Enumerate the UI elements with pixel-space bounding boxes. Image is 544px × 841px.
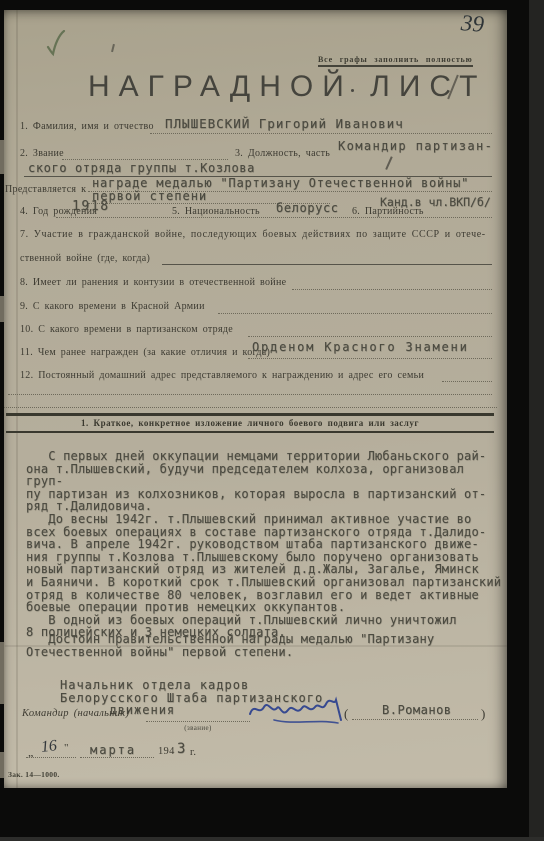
checkmark-icon (46, 30, 66, 58)
date-month: марта (90, 743, 136, 757)
field-partisan-label: 10. С какого времени в партизанском отря… (20, 324, 233, 335)
field-prevawards-value: Орденом Красного Знамени (252, 340, 469, 354)
print-reference: Зак. 14—1000. (8, 770, 60, 779)
section-rule (6, 431, 494, 433)
field-rank-label: 2. Звание (20, 148, 64, 159)
form-line (292, 289, 492, 290)
form-line (442, 381, 492, 382)
scan-dot-artifact (351, 89, 354, 92)
field-presented-value1: награде медалью "Партизану Отечественной… (92, 176, 469, 190)
form-line (218, 313, 492, 314)
field-civilwar-label2: ственной войне (где, когда) (20, 253, 150, 264)
signature-ink (246, 692, 348, 726)
handwritten-page-number: 39 (460, 10, 485, 38)
form-line (62, 159, 228, 160)
field-prevawards-label: 11. Чем ранее награжден (за какие отличи… (20, 347, 270, 358)
field-redarmy-label: 9. С какого времени в Красной Армии (20, 301, 205, 312)
form-instruction: Все графы заполнить полностью (318, 55, 473, 67)
field-presented-label: Представляется к (5, 184, 86, 195)
field-name-label: 1. Фамилия, имя и отчество (20, 121, 154, 132)
binding-mark (0, 296, 4, 322)
field-name-value: ПЛЫШЕВСКИЙ Григорий Иванович (165, 116, 404, 131)
field-party-value: Канд.в чл.ВКП/б/ (380, 195, 491, 209)
form-line (8, 394, 492, 395)
field-position-label: 3. Должность, часть (235, 148, 330, 159)
scanner-edge-bottom (0, 837, 544, 841)
paren-close: ) (481, 706, 486, 722)
date-day-handwritten: 16 (40, 737, 58, 757)
form-commander-label: Командир (начальник) (22, 708, 129, 719)
form-line (352, 719, 478, 720)
paren-open: ( (344, 706, 349, 722)
field-address-label: 12. Постоянный домашний адрес представля… (20, 370, 424, 381)
field-position-value: Командир партизан- (338, 139, 493, 153)
date-close-quote: " (64, 742, 69, 754)
paper-crease-vertical (16, 10, 18, 788)
field-nationality-label: 5. Национальность (172, 206, 260, 217)
form-line (26, 757, 76, 758)
citation-body: С первых дней оккупации немцами территор… (26, 450, 506, 639)
binding-mark (0, 140, 4, 174)
scanner-background-right (529, 0, 544, 841)
field-birth-value: 1918 (72, 199, 110, 214)
form-rank-caption: (звание) (146, 724, 250, 732)
form-line (4, 407, 497, 408)
form-line (56, 217, 492, 218)
form-line (248, 358, 492, 359)
page-title: НАГРАДНОЙ ЛИСТ (88, 70, 470, 104)
signer-name: В.Романов (382, 703, 452, 717)
field-position-value-cont: ского отряда группы т.Козлова (28, 161, 255, 175)
field-civilwar-label1: 7. Участие в гражданской войне, последую… (20, 229, 486, 240)
binding-mark (0, 642, 5, 704)
section-banner: 1. Краткое, конкретное изложение личного… (6, 418, 494, 428)
field-wounds-label: 8. Имеет ли ранения и контузии в отечест… (20, 277, 286, 288)
form-line (248, 336, 492, 337)
form-line (80, 757, 154, 758)
form-line (150, 133, 492, 134)
date-year-typed: 3 (177, 741, 185, 757)
field-nationality-value: белорусс (276, 201, 339, 215)
form-line (146, 721, 250, 722)
section-rule (6, 413, 494, 416)
form-line (162, 264, 492, 265)
scanned-award-sheet: 39 Все графы заполнить полностью НАГРАДН… (0, 0, 544, 841)
date-year-printed: 194 (158, 746, 175, 757)
citation-conclusion: Достоин правительственной награды медаль… (26, 633, 506, 658)
binding-mark (0, 752, 4, 778)
date-year-suffix: г. (190, 747, 196, 758)
